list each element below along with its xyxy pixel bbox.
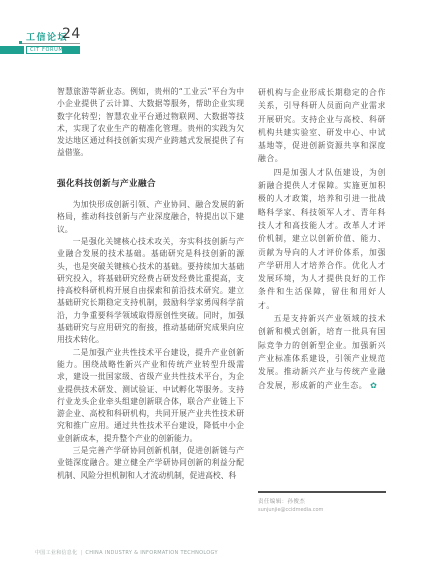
editor-credit-box: 责任编辑：孙俊杰 sunjunjie@ccidmedia.com: [258, 491, 386, 513]
page-footer: 中国工业和信息化 | CHINA INDUSTRY & INFORMATION …: [35, 549, 218, 556]
page-number: 24: [62, 26, 81, 42]
paragraph: 五是支持新兴产业领域的技术创新和模式创新，培育一批具有国际竞争力的创新型企业。加…: [258, 312, 386, 392]
left-column: 智慧旅游等新业态。例如，贵州的“工业云”平台为中小企业提供了云计算、大数据等服务…: [57, 86, 244, 482]
editor-email: sunjunjie@ccidmedia.com: [258, 507, 386, 513]
paragraph: 四是加强人才队伍建设，为创新融合提供人才保障。实施更加积极的人才政策，培养和引进…: [258, 166, 386, 312]
magazine-page: 工信论坛 24 CIT FORUM 智慧旅游等新业态。例如，贵州的“工业云”平台…: [0, 0, 427, 579]
paragraph-text: 五是支持新兴产业领域的技术创新和模式创新，培育一批具有国际竞争力的创新型企业。加…: [258, 314, 386, 389]
section-heading: 强化科技创新与产业融合: [57, 178, 244, 190]
journal-name-chinese: 中国工业和信息化: [35, 549, 77, 556]
editor-rule: [258, 491, 386, 493]
paragraph: 三是完善产学研协同创新机制，促进创新链与产业链深度融合。建立健全产学研协同创新的…: [57, 445, 244, 482]
footer-separator: |: [80, 550, 82, 556]
paragraph: 研机构与企业形成长期稳定的合作关系，引导科研人员面向产业需求开展研究。支持企业与…: [258, 86, 386, 166]
header-accent-bar: [0, 46, 24, 54]
lead-paragraph: 智慧旅游等新业态。例如，贵州的“工业云”平台为中小企业提供了云计算、大数据等服务…: [57, 86, 244, 160]
paragraph: 一是强化关键核心技术攻关，夯实科技创新与产业融合发展的技术基础。基础研究是科技创…: [57, 236, 244, 347]
paragraph: 二是加强产业共性技术平台建设，提升产业创新能力。围绕战略性新兴产业和传统产业转型…: [57, 347, 244, 445]
right-column: 研机构与企业形成长期稳定的合作关系，引导科研人员面向产业需求开展研究。支持企业与…: [258, 86, 386, 392]
article-end-mark-icon: ✿: [370, 381, 377, 390]
editor-name: 责任编辑：孙俊杰: [258, 497, 386, 505]
paragraph: 为加快形成创新引领、产业协同、融合发展的新格局，推动科技创新与产业深度融合，特提…: [57, 199, 244, 236]
header-accent-block: [62, 46, 80, 54]
journal-name-english: CHINA INDUSTRY & INFORMATION TECHNOLOGY: [85, 550, 217, 556]
header-rule: [22, 43, 80, 44]
